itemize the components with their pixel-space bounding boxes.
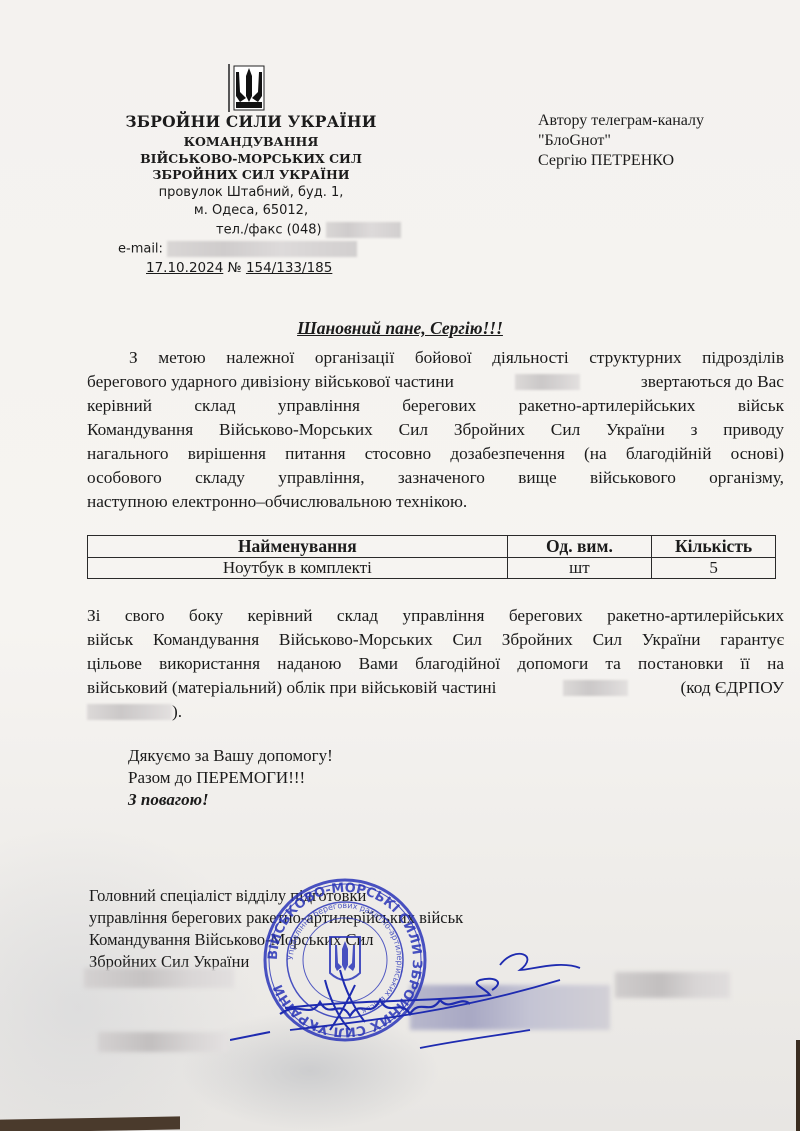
cell-unit: шт	[507, 558, 651, 579]
cell-quantity: 5	[652, 558, 776, 579]
letter-page: ЗБРОЙНИ СИЛИ УКРАЇНИ КОМАНДУВАННЯ ВІЙСЬК…	[0, 0, 800, 1131]
org-line-3: ЗБРОЙНИХ СИЛ УКРАЇНИ	[106, 167, 396, 182]
cell-item-name: Ноутбук в комплекті	[88, 558, 508, 579]
handwritten-signature	[230, 940, 590, 1050]
address-street: провулок Штабний, буд. 1,	[106, 185, 396, 200]
org-line-2: ВІЙСЬКОВО-МОРСЬКИХ СИЛ	[106, 151, 396, 166]
recipient-line-2: "БлоGнот"	[538, 131, 704, 151]
line-text: (код ЄДРПОУ	[680, 676, 784, 700]
edrpou-code-redacted	[87, 704, 172, 720]
email-redacted	[167, 241, 357, 257]
phone-redacted	[326, 222, 401, 238]
line-text: ).	[172, 700, 182, 724]
line-text: звертаються до Вас	[641, 370, 784, 394]
rank-redacted	[84, 968, 234, 988]
registration-number: 154/133/185	[246, 260, 332, 276]
org-title: ЗБРОЙНИ СИЛИ УКРАЇНИ	[106, 112, 396, 131]
paragraph-line: берегового ударного дивізіону військової…	[87, 370, 784, 394]
regards-text: З повагою!	[128, 789, 333, 811]
column-header-quantity: Кількість	[652, 536, 776, 558]
unit-number-redacted	[515, 374, 580, 390]
address-city: м. Одеса, 65012,	[106, 203, 396, 218]
paragraph-line: ).	[87, 700, 784, 724]
letter-date: 17.10.2024	[146, 260, 223, 276]
paragraph-line: військ Командування Військово-Морських С…	[87, 628, 784, 652]
paragraph-line: нагального вирішення питання стосовно до…	[87, 442, 784, 466]
closing-block: Дякуємо за Вашу допомогу! Разом до ПЕРЕМ…	[128, 745, 333, 811]
paragraph-line: цільове використання наданою Вами благод…	[87, 652, 784, 676]
org-line-1: КОМАНДУВАННЯ	[106, 134, 396, 149]
paragraph-request: З метою належної організації бойової дія…	[87, 346, 784, 514]
victory-text: Разом до ПЕРЕМОГИ!!!	[128, 767, 333, 789]
trident-icon	[226, 62, 270, 114]
email-line: e-mail:	[118, 241, 357, 257]
paragraph-line: військовий (матеріальний) облік при війс…	[87, 676, 784, 700]
surname-redacted	[615, 972, 730, 998]
column-header-unit: Од. вим.	[507, 536, 651, 558]
paragraph-line: особового складу управління, зазначеного…	[87, 466, 784, 490]
line-text: військовий (матеріальний) облік при війс…	[87, 676, 496, 700]
paragraph-line: керівний склад управління берегових раке…	[87, 394, 784, 418]
recipient-block: Автору телеграм-каналу "БлоGнот" Сергію …	[538, 111, 704, 171]
salutation: Шановний пане, Сергію!!!	[0, 318, 800, 339]
paragraph-line: наступною електронно–обчислювальною техн…	[87, 490, 784, 514]
phone-label: тел./факс (048)	[216, 223, 322, 238]
paragraph-line: Зі свого боку керівний склад управління …	[87, 604, 784, 628]
table-edge	[0, 1116, 180, 1131]
paragraph-line: З метою належної організації бойової дія…	[87, 346, 784, 370]
number-sign: №	[228, 260, 242, 276]
date-number-line: 17.10.2024 № 154/133/185	[146, 260, 332, 276]
table-header-row: Найменування Од. вим. Кількість	[88, 536, 776, 558]
paragraph-line: Командування Військово-Морських Сил Збро…	[87, 418, 784, 442]
recipient-line-3: Сергію ПЕТРЕНКО	[538, 151, 704, 171]
thanks-text: Дякуємо за Вашу допомогу!	[128, 745, 333, 767]
items-table: Найменування Од. вим. Кількість Ноутбук …	[87, 535, 776, 579]
table-row: Ноутбук в комплекті шт 5	[88, 558, 776, 579]
email-label: e-mail:	[118, 242, 163, 257]
phone-line: тел./факс (048)	[116, 222, 401, 238]
line-text: берегового ударного дивізіону військової…	[87, 370, 454, 394]
recipient-line-1: Автору телеграм-каналу	[538, 111, 704, 131]
table-edge	[796, 1040, 800, 1131]
name-redacted	[98, 1032, 228, 1052]
salutation-text: Шановний пане, Сергію!!!	[297, 318, 503, 338]
paragraph-guarantee: Зі свого боку керівний склад управління …	[87, 604, 784, 724]
column-header-name: Найменування	[88, 536, 508, 558]
unit-number-redacted	[563, 680, 628, 696]
